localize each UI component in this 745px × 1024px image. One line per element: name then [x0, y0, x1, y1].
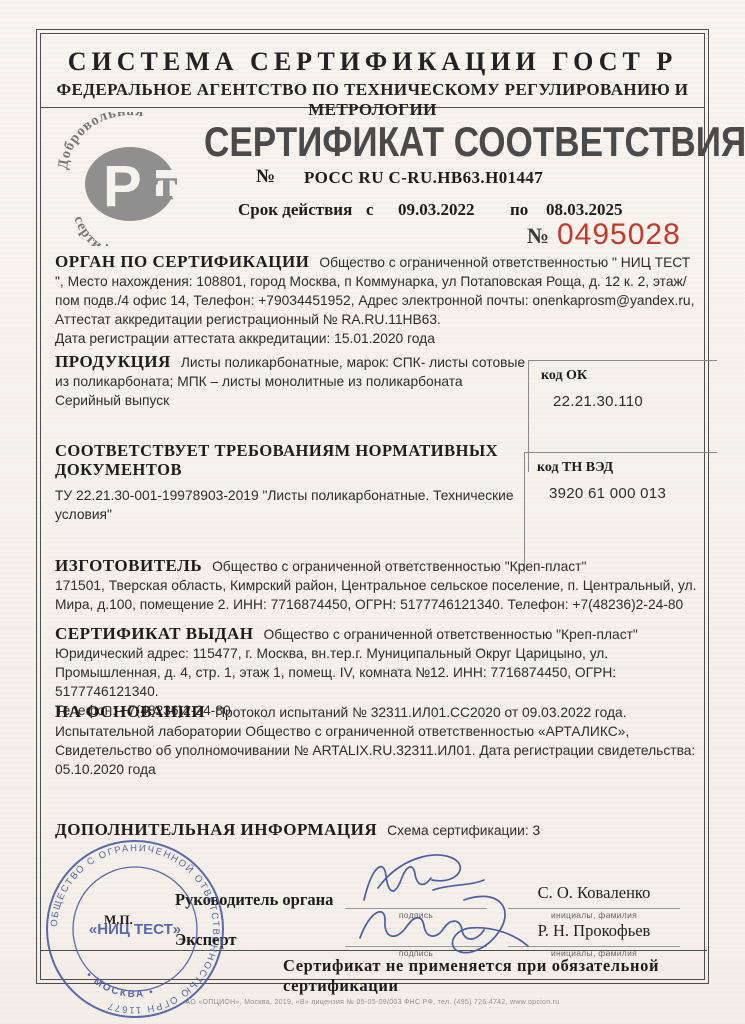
- stamp-center-text: «НИЦ ТЕСТ»: [89, 921, 181, 938]
- product-paragraph: ПРОДУКЦИЯЛисты поликарбонатные, марок: С…: [55, 352, 533, 391]
- validity-prep-to: по: [510, 200, 528, 220]
- stamp-city-text: • МОСКВА •: [83, 970, 156, 1000]
- validity-prep-from: с: [366, 200, 374, 220]
- certification-body-label: ОРГАН ПО СЕРТИФИКАЦИИ: [55, 252, 319, 271]
- manufacturer-name: Общество с ограниченной ответственностью…: [212, 559, 586, 574]
- logo-letter-r: Р: [103, 154, 142, 219]
- compliance-label: СООТВЕТСТВУЕТ ТРЕБОВАНИЯМ НОРМАТИВНЫХ ДО…: [55, 441, 525, 479]
- system-title: СИСТЕМА СЕРТИФИКАЦИИ ГОСТ Р: [41, 47, 704, 77]
- validity-date-from: 09.03.2022: [398, 200, 475, 220]
- expert-signature-ink: [352, 886, 537, 966]
- product-serial: Серийный выпуск: [55, 391, 533, 410]
- basis-paragraph: НА ОСНОВАНИИПротокол испытаний № 32311.И…: [55, 702, 700, 779]
- reg-number-sign: №: [256, 166, 275, 188]
- section-product: ПРОДУКЦИЯЛисты поликарбонатные, марок: С…: [55, 352, 533, 410]
- issued-to-label: СЕРТИФИКАТ ВЫДАН: [55, 624, 264, 643]
- manufacturer-address: 171501, Тверская область, Кимрский район…: [55, 576, 700, 614]
- code-ok-label: код ОК: [541, 368, 717, 384]
- logo-letter-t: т: [155, 158, 178, 209]
- org-round-stamp: ОБЩЕСТВО С ОГРАНИЧЕННОЙ ОТВЕТСТВЕННОСТЬЮ…: [38, 836, 232, 1022]
- manufacturer-label: ИЗГОТОВИТЕЛЬ: [55, 556, 212, 575]
- basis-label: НА ОСНОВАНИИ: [55, 702, 215, 721]
- code-tnved-value: 3920 61 000 013: [549, 485, 717, 502]
- form-number-value: 0495028: [557, 218, 681, 252]
- product-label: ПРОДУКЦИЯ: [55, 352, 181, 371]
- additional-info-text: Схема сертификации: 3: [387, 823, 540, 838]
- svg-text:• МОСКВА •: • МОСКВА •: [83, 970, 156, 1000]
- expert-signature-path: [360, 896, 528, 952]
- section-basis: НА ОСНОВАНИИПротокол испытаний № 32311.И…: [55, 702, 700, 779]
- section-manufacturer: ИЗГОТОВИТЕЛЬОбщество с ограниченной отве…: [55, 556, 700, 614]
- validity-date-to: 08.03.2025: [546, 200, 623, 220]
- code-ok-value: 22.21.30.110: [553, 393, 717, 410]
- accreditation-date-line: Дата регистрации аттестата аккредитации:…: [55, 329, 700, 348]
- code-tnved-label: код ТН ВЭД: [537, 460, 717, 476]
- manufacturer-paragraph: ИЗГОТОВИТЕЛЬОбщество с ограниченной отве…: [55, 556, 700, 576]
- issued-to-paragraph: СЕРТИФИКАТ ВЫДАНОбщество с ограниченной …: [55, 624, 700, 644]
- section-certification-body: ОРГАН ПО СЕРТИФИКАЦИИОбщество с ограниче…: [55, 252, 700, 348]
- certificate-page: СИСТЕМА СЕРТИФИКАЦИИ ГОСТ Р ФЕДЕРАЛЬНОЕ …: [0, 0, 745, 1024]
- validity-label: Срок действия: [238, 200, 352, 220]
- form-number-sign: №: [527, 223, 549, 249]
- section-compliance: СООТВЕТСТВУЕТ ТРЕБОВАНИЯМ НОРМАТИВНЫХ ДО…: [55, 441, 525, 524]
- code-tnved-box: код ТН ВЭД 3920 61 000 013: [524, 452, 717, 572]
- rst-logo-icon: Добровольная Р т сертификация: [55, 112, 207, 246]
- reg-number-value: РОСС RU C-RU.НВ63.Н01447: [304, 168, 543, 188]
- issued-to-address: Юридический адрес: 115477, г. Москва, вн…: [55, 644, 700, 701]
- issued-to-name: Общество с ограниченной ответственностью…: [264, 627, 638, 642]
- certificate-title: СЕРТИФИКАТ СООТВЕТСТВИЯ: [204, 120, 708, 167]
- certification-body-paragraph: ОРГАН ПО СЕРТИФИКАЦИИОбщество с ограниче…: [55, 252, 700, 329]
- compliance-text: ТУ 22.21.30-001-19978903-2019 "Листы пол…: [55, 486, 525, 524]
- system-header: СИСТЕМА СЕРТИФИКАЦИИ ГОСТ Р ФЕДЕРАЛЬНОЕ …: [41, 34, 704, 108]
